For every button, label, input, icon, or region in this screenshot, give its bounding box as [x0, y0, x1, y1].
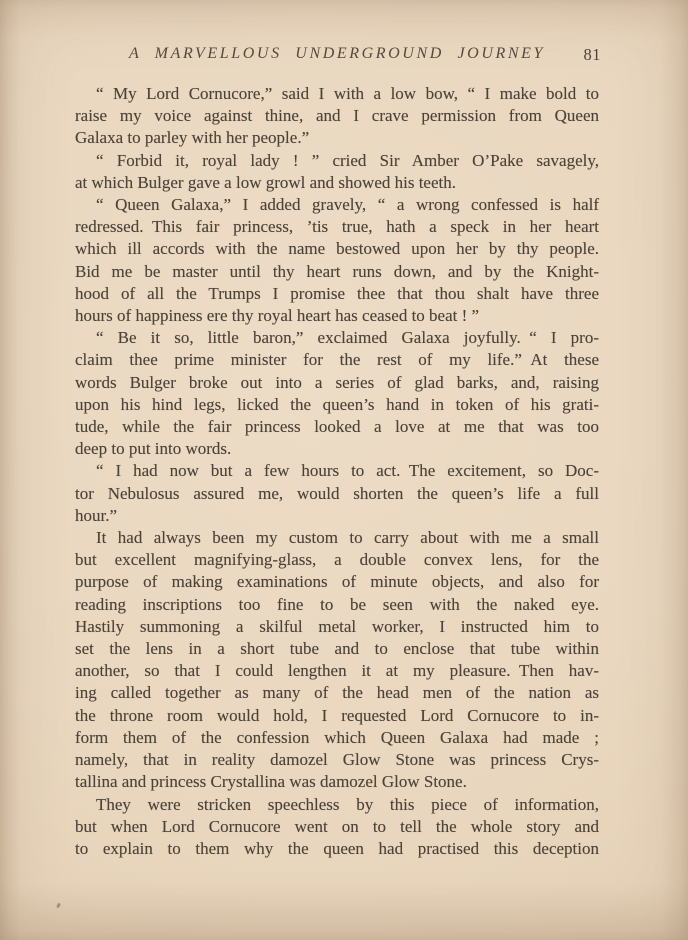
text-line: Bid me be master until thy heart runs do…: [75, 261, 599, 283]
text-line: upon his hind legs, licked the queen’s h…: [75, 394, 599, 416]
text-line: “ My Lord Cornucore,” said I with a low …: [75, 83, 599, 105]
paragraph: “ I had now but a few hours to act. The …: [75, 460, 599, 527]
text-line: at which Bulger gave a low growl and sho…: [75, 172, 599, 194]
book-page-scan: A MARVELLOUS UNDERGROUND JOURNEY 81 “ My…: [0, 0, 688, 940]
page-body: “ My Lord Cornucore,” said I with a low …: [75, 83, 599, 860]
paragraph: They were stricken speechless by this pi…: [75, 794, 599, 861]
text-line: Hastily summoning a skilful metal worker…: [75, 616, 599, 638]
running-head: A MARVELLOUS UNDERGROUND JOURNEY 81: [75, 44, 599, 64]
paragraph: “ My Lord Cornucore,” said I with a low …: [75, 83, 599, 150]
text-line: the throne room would hold, I requested …: [75, 705, 599, 727]
text-line: They were stricken speechless by this pi…: [75, 794, 599, 816]
text-line: deep to put into words.: [75, 438, 599, 460]
text-line: hours of happiness ere thy royal heart h…: [75, 305, 599, 327]
scan-speck: [56, 903, 61, 909]
text-line: but excellent magnifying-glass, a double…: [75, 549, 599, 571]
text-line: form them of the confession which Queen …: [75, 727, 599, 749]
text-line: which ill accords with the name bestowed…: [75, 238, 599, 260]
text-line: raise my voice against thine, and I crav…: [75, 105, 599, 127]
text-line: claim thee prime minister for the rest o…: [75, 349, 599, 371]
text-line: Galaxa to parley with her people.”: [75, 127, 599, 149]
text-line: to explain to them why the queen had pra…: [75, 838, 599, 860]
text-line: “ Be it so, little baron,” exclaimed Gal…: [75, 327, 599, 349]
text-line: tor Nebulosus assured me, would shorten …: [75, 483, 599, 505]
text-line: words Bulger broke out into a series of …: [75, 372, 599, 394]
text-line: “ Forbid it, royal lady ! ” cried Sir Am…: [75, 150, 599, 172]
text-line: redressed. This fair princess, ’tis true…: [75, 216, 599, 238]
text-line: “ I had now but a few hours to act. The …: [75, 460, 599, 482]
paragraph: “ Be it so, little baron,” exclaimed Gal…: [75, 327, 599, 460]
text-line: another, so that I could lengthen it at …: [75, 660, 599, 682]
text-line: ing called together as many of the head …: [75, 682, 599, 704]
page-content: A MARVELLOUS UNDERGROUND JOURNEY 81 “ My…: [75, 44, 599, 860]
text-line: set the lens in a short tube and to encl…: [75, 638, 599, 660]
page-number: 81: [584, 45, 602, 65]
text-line: namely, that in reality damozel Glow Sto…: [75, 749, 599, 771]
text-line: It had always been my custom to carry ab…: [75, 527, 599, 549]
text-line: “ Queen Galaxa,” I added gravely, “ a wr…: [75, 194, 599, 216]
text-line: reading inscriptions too fine to be seen…: [75, 594, 599, 616]
text-line: purpose of making examinations of minute…: [75, 571, 599, 593]
text-line: tude, while the fair princess looked a l…: [75, 416, 599, 438]
paragraph: “ Queen Galaxa,” I added gravely, “ a wr…: [75, 194, 599, 327]
text-line: hood of all the Trumps I promise thee th…: [75, 283, 599, 305]
paragraph: It had always been my custom to carry ab…: [75, 527, 599, 793]
running-title: A MARVELLOUS UNDERGROUND JOURNEY: [129, 45, 545, 62]
paragraph: “ Forbid it, royal lady ! ” cried Sir Am…: [75, 150, 599, 194]
text-line: hour.”: [75, 505, 599, 527]
text-line: but when Lord Cornucore went on to tell …: [75, 816, 599, 838]
text-line: tallina and princess Crystallina was dam…: [75, 771, 599, 793]
